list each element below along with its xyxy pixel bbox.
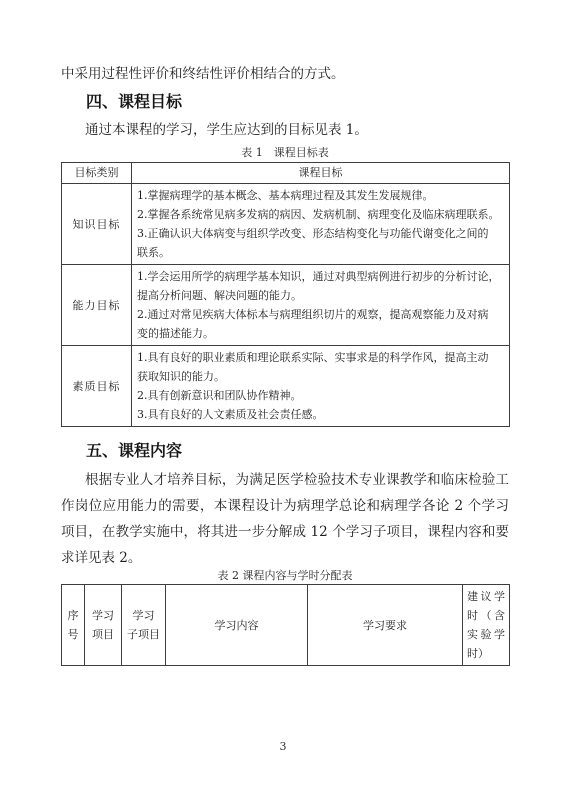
section4-paragraph: 通过本课程的学习，学生应达到的目标见表 1。 [61,120,509,140]
objectives-cell: 1.掌握病理学的基本概念、基本病理过程及其发生发展规律。 2.掌握各系统常见病多… [132,184,510,265]
header-line: 项目 [85,625,121,644]
table-row-quality: 素质目标 1.具有良好的职业素质和理论联系实际、实事求是的科学作风，提高主动 获… [62,346,510,427]
table2-header-number: 序 号 [62,585,85,666]
objectives-cell: 1.具有良好的职业素质和理论联系实际、实事求是的科学作风，提高主动 获取知识的能… [132,346,510,427]
table2-header-hours: 建议学 时（含 实验学 时） [463,585,510,666]
section5-paragraph: 根据专业人才培养目标，为满足医学检验技术专业课教学和临床检验工作岗位应用能力的需… [61,467,509,571]
header-line: 学习要求 [308,616,462,635]
table1-header-objectives: 课程目标 [132,163,510,184]
table2-header-requirement: 学习要求 [308,585,463,666]
table2-header-project: 学习 项目 [85,585,122,666]
objective-line: 2.具有创新意识和团队协作精神。 [137,386,504,405]
objective-line: 获取知识的能力。 [137,367,504,386]
table-row-ability: 能力目标 1.学会运用所学的病理学基本知识，通过对典型病例进行初步的分析讨论， … [62,265,510,346]
header-line: 时） [463,644,509,663]
table2-header-content: 学习内容 [166,585,308,666]
category-cell: 能力目标 [62,265,132,346]
objective-line: 联系。 [137,243,504,262]
section5-heading: 五、课程内容 [86,441,509,463]
header-line: 建议学 [463,587,509,606]
header-line: 学习 [122,606,165,625]
objective-line: 1.掌握病理学的基本概念、基本病理过程及其发生发展规律。 [137,186,504,205]
objective-line: 2.掌握各系统常见病多发病的病因、发病机制、病理变化及临床病理联系。 [137,205,504,224]
table-row-knowledge: 知识目标 1.掌握病理学的基本概念、基本病理过程及其发生发展规律。 2.掌握各系… [62,184,510,265]
objective-line: 1.具有良好的职业素质和理论联系实际、实事求是的科学作风，提高主动 [137,348,504,367]
header-line: 子项目 [122,625,165,644]
header-line: 序 [62,606,84,625]
objective-line: 变的描述能力。 [137,324,504,343]
table1-header-category: 目标类别 [62,163,132,184]
table2-header-row: 序 号 学习 项目 学习 子项目 学习内容 学习要求 建议学 [62,585,510,666]
objectives-cell: 1.学会运用所学的病理学基本知识，通过对典型病例进行初步的分析讨论， 提高分析问… [132,265,510,346]
header-line: 学习 [85,606,121,625]
header-line: 时（含 [463,606,509,625]
objective-line: 3.具有良好的人文素质及社会责任感。 [137,405,504,424]
table2-header-subproject: 学习 子项目 [122,585,166,666]
page-number: 3 [0,740,566,753]
category-cell: 素质目标 [62,346,132,427]
table1-header-row: 目标类别 课程目标 [62,163,510,184]
course-content-table: 序 号 学习 项目 学习 子项目 学习内容 学习要求 建议学 [61,584,510,666]
header-line: 实验学 [463,625,509,644]
objective-line: 提高分析问题、解决问题的能力。 [137,286,504,305]
category-cell: 知识目标 [62,184,132,265]
header-line: 学习内容 [166,616,307,635]
header-line: 号 [62,625,84,644]
objective-line: 1.学会运用所学的病理学基本知识，通过对典型病例进行初步的分析讨论， [137,267,504,286]
section4-heading: 四、课程目标 [86,92,509,114]
table1-caption: 表 1 课程目标表 [61,146,509,160]
objective-line: 3.正确认识大体病变与组织学改变、形态结构变化与功能代谢变化之间的 [137,224,504,243]
page-content: 中采用过程性评价和终结性评价相结合的方式。 四、课程目标 通过本课程的学习，学生… [61,0,509,666]
table2-caption: 表 2 课程内容与学时分配表 [61,569,509,583]
intro-paragraph: 中采用过程性评价和终结性评价相结合的方式。 [61,64,509,84]
objective-line: 2.通过对常见疾病大体标本与病理组织切片的观察，提高观察能力及对病 [137,305,504,324]
course-objectives-table: 目标类别 课程目标 知识目标 1.掌握病理学的基本概念、基本病理过程及其发生发展… [61,162,510,427]
